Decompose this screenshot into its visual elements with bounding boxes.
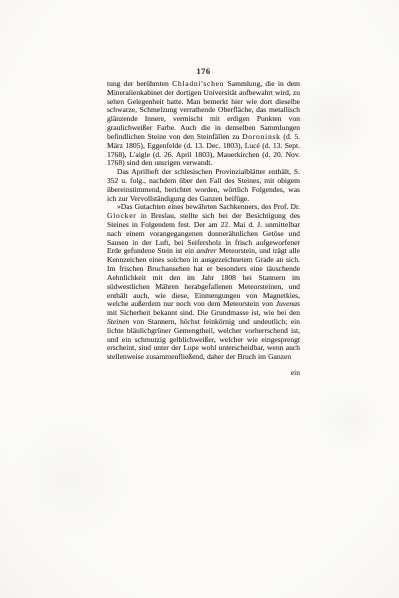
paragraph: »Das Gutachten eines bewährten Sachkenne… <box>107 203 300 362</box>
letterspaced-name: Doroninsk <box>242 132 281 141</box>
letterspaced-name: Chladni'schen <box>172 79 224 88</box>
text-segment: Meteorstein, und trägt alle Kennzeichen … <box>107 246 300 308</box>
text-segment: tung der berühmten <box>107 79 172 88</box>
paragraph: Das Aprilheft der schlesischen Provinzia… <box>107 168 300 203</box>
letterspaced-name: Glocker <box>107 211 137 220</box>
text-block: tung der berühmten Chladni'schen Sammlun… <box>107 80 300 362</box>
emphasized-word: Juvenas <box>276 299 300 308</box>
text-segment: von Stannern, höchst feinkörnig und unde… <box>107 317 300 361</box>
catchword: ein <box>107 368 300 377</box>
emphasized-word: andrer <box>196 246 216 255</box>
text-segment: Das Aprilheft der schlesischen Provinzia… <box>107 167 300 202</box>
page-number: 176 <box>107 66 300 76</box>
emphasized-word: Steinen <box>107 317 129 326</box>
text-segment: »Das Gutachten eines bewährten Sachkenne… <box>117 202 300 211</box>
text-segment: mit Sicherheit bekannt sind. Die Grundma… <box>107 308 300 317</box>
paragraph: tung der berühmten Chladni'schen Sammlun… <box>107 80 300 168</box>
scanned-book-page: 176 tung der berühmten Chladni'schen Sam… <box>0 0 399 598</box>
